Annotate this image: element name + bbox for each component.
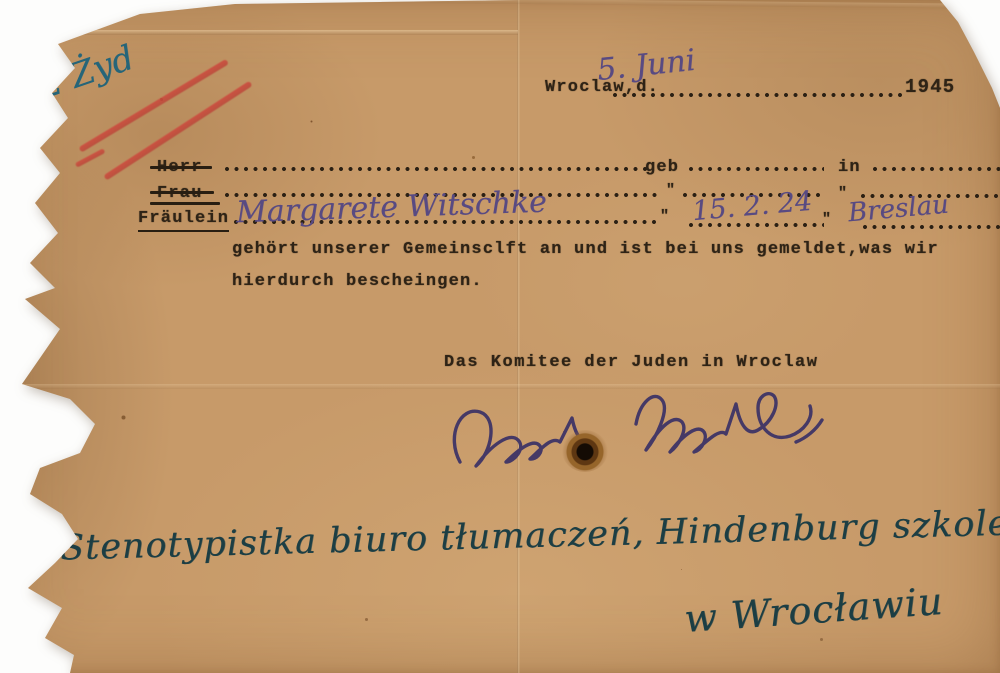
footer-handwriting-line1: Stenotypistka biuro tłumaczeń, Hindenbur…: [60, 503, 1000, 568]
geb-label: geb: [645, 158, 679, 177]
edge-dark-spot: [986, 56, 1000, 82]
vertical-fold-crease: [517, 0, 520, 673]
body-text-line2: hierdurch bescheingen.: [232, 272, 483, 291]
scanned-document: 1/2 Żyd Wroclaw,d. 5. Juni 1945 Herr geb…: [0, 0, 1000, 673]
paper-hole: [562, 430, 608, 472]
strikethrough-frau-2: [150, 202, 220, 205]
fraulein-label: Fräulein: [138, 209, 229, 232]
body-text-line1: gehört unserer Gemeinsclft an und ist be…: [232, 240, 939, 259]
dotted-line: [872, 166, 1000, 172]
paper-shadow: 1/2 Żyd Wroclaw,d. 5. Juni 1945 Herr geb…: [0, 0, 1000, 673]
strikethrough-frau: [150, 191, 214, 194]
aged-paper-sheet: 1/2 Żyd Wroclaw,d. 5. Juni 1945 Herr geb…: [0, 0, 1000, 673]
red-pencil-hook: [75, 148, 106, 167]
dotted-line-date: [612, 92, 905, 98]
ditto-mark: ": [822, 211, 832, 228]
top-edge-crease: [430, 0, 990, 9]
ditto-mark: ": [660, 208, 670, 225]
dotted-line: [224, 166, 648, 172]
dotted-line: [688, 166, 824, 172]
ditto-mark: ": [666, 182, 676, 199]
corner-note-handwriting: 1/2 Żyd: [3, 38, 139, 118]
footer-handwriting-line2: w Wrocławiu: [683, 579, 945, 641]
year-label: 1945: [905, 76, 955, 98]
date-handwriting: 5. Juni: [595, 43, 697, 88]
signature: [440, 380, 830, 480]
in-label: in: [838, 158, 861, 177]
strikethrough-herr: [150, 166, 212, 169]
issuer-line: Das Komitee der Juden in Wroclaw: [444, 353, 818, 372]
top-fold-crease: [58, 30, 518, 35]
